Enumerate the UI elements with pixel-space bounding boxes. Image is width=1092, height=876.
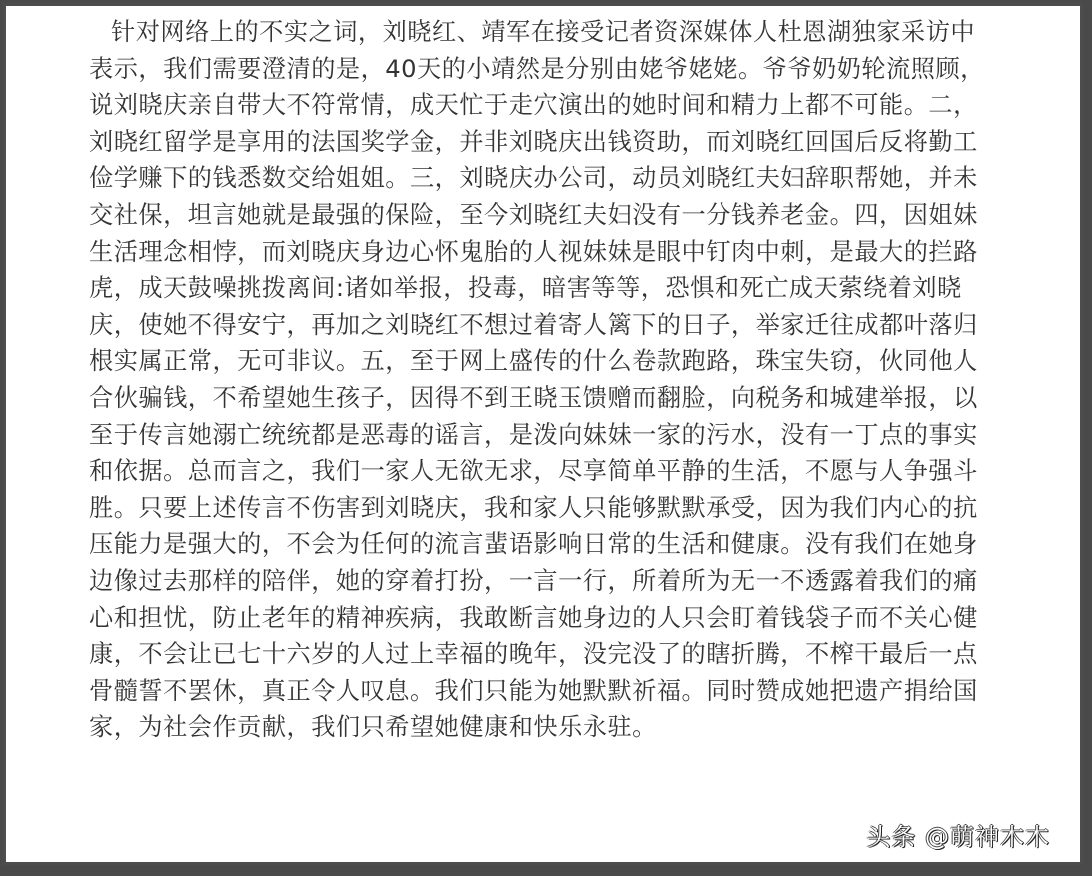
text-line: 说刘晓庆亲自带大不符常情，成天忙于走穴演出的她时间和精力上都不可能。二，: [89, 87, 999, 124]
text-line: 压能力是强大的，不会为任何的流言蜚语影响日常的生活和健康。没有我们在她身: [89, 526, 999, 563]
text-line: 边像过去那样的陪伴，她的穿着打扮，一言一行，所着所为无一不透露着我们的痛: [89, 563, 999, 600]
document-frame: 针对网络上的不实之词，刘晓红、靖军在接受记者资深媒体人杜恩湖独家采访中 表示，我…: [3, 3, 1083, 865]
text-line: 刘晓红留学是享用的法国奖学金，并非刘晓庆出钱资助，而刘晓红回国后反将勤工: [89, 124, 999, 161]
article-paragraph: 针对网络上的不实之词，刘晓红、靖军在接受记者资深媒体人杜恩湖独家采访中 表示，我…: [89, 14, 999, 746]
text-line: 心和担忧，防止老年的精神疾病，我敢断言她身边的人只会盯着钱袋子而不关心健: [89, 600, 999, 637]
text-line: 骨髓誓不罢休，真正令人叹息。我们只能为她默默祈福。同时赞成她把遗产捐给国: [89, 673, 999, 710]
text-line: 和依据。总而言之，我们一家人无欲无求，尽享简单平静的生活，不愿与人争强斗: [89, 453, 999, 490]
text-line: 根实属正常，无可非议。五，至于网上盛传的什么卷款跑路，珠宝失窃，伙同他人: [89, 343, 999, 380]
text-line: 表示，我们需要澄清的是，40天的小靖然是分别由姥爷姥姥。爷爷奶奶轮流照顾，: [89, 51, 999, 88]
text-line: 俭学赚下的钱悉数交给姐姐。三，刘晓庆办公司，动员刘晓红夫妇辞职帮她，并未: [89, 160, 999, 197]
text-line: 康，不会让已七十六岁的人过上幸福的晚年，没完没了的瞎折腾，不榨干最后一点: [89, 636, 999, 673]
text-line: 虎，成天鼓噪挑拨离间:诸如举报，投毒，暗害等等，恐惧和死亡成天萦绕着刘晓: [89, 270, 999, 307]
text-line: 合伙骗钱，不希望她生孩子，因得不到王晓玉馈赠而翻脸，向税务和城建举报，以: [89, 380, 999, 417]
text-line: 胜。只要上述传言不伤害到刘晓庆，我和家人只能够默默承受，因为我们内心的抗: [89, 490, 999, 527]
text-line: 生活理念相悖，而刘晓庆身边心怀鬼胎的人视妹妹是眼中钉肉中刺，是最大的拦路: [89, 234, 999, 271]
watermark: 头条 @萌神木木: [866, 817, 1050, 852]
text-line: 针对网络上的不实之词，刘晓红、靖军在接受记者资深媒体人杜恩湖独家采访中: [89, 14, 999, 51]
text-line: 家，为社会作贡献，我们只希望她健康和快乐永驻。: [89, 709, 999, 746]
text-line: 庆，使她不得安宁，再加之刘晓红不想过着寄人篱下的日子，举家迁往成都叶落归: [89, 307, 999, 344]
text-line: 交社保，坦言她就是最强的保险，至今刘晓红夫妇没有一分钱养老金。四，因姐妹: [89, 197, 999, 234]
text-line: 至于传言她溺亡统统都是恶毒的谣言，是泼向妹妹一家的污水，没有一丁点的事实: [89, 417, 999, 454]
